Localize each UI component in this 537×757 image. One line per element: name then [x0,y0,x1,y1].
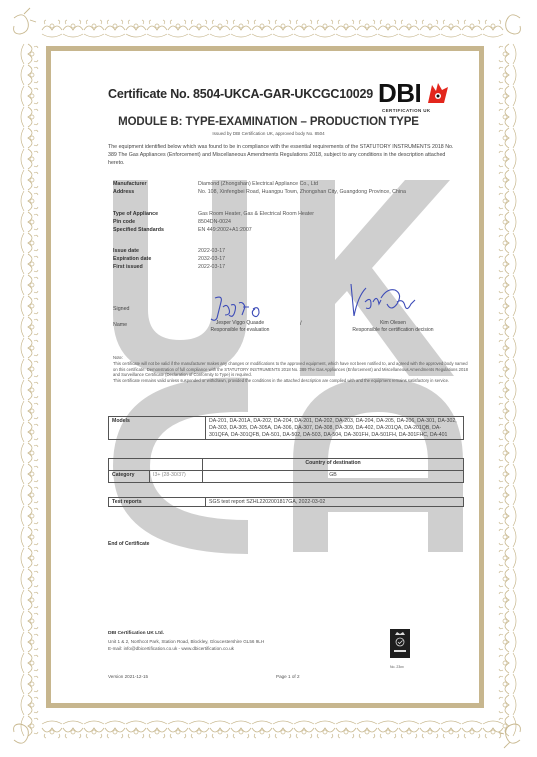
note-section: Note: This certificate will not be valid… [113,355,468,384]
table-row: Test reports SGS test report SZHL2202001… [109,498,464,507]
certificate-number: Certificate No. 8504-UKCA-GAR-UKCGC10029 [108,87,373,101]
field-value: 2022-03-17 [198,264,225,272]
footer-company: DBI Certification UK Ltd. [108,631,164,636]
field-label: Manufacturer [113,181,147,189]
table-row: Models DA-201, DA-201A, DA-202, DA-204, … [109,417,464,440]
dbi-logo: DBI CERTIFICATION UK [378,80,468,120]
field-label: Specified Standards [113,227,164,235]
field-value: Diamond (Zhongshan) Electrical Appliance… [198,181,318,189]
test-reports-label: Test reports [109,498,206,507]
category-value: I3+ (28-30/37) [150,471,203,483]
field-value: 2032-03-17 [198,256,225,264]
table-row: Country of destination [109,459,464,471]
field-label: Type of Appliance [113,211,158,219]
field-value: EN 449:2002+A1:2007 [198,227,252,235]
version-text: Version 2021-12-15 [108,674,148,679]
field-value: No. 108, Xinfengbei Road, Huangpu Town, … [198,189,406,197]
destination-header: Country of destination [203,459,464,471]
test-reports-table: Test reports SGS test report SZHL2202001… [108,497,464,507]
ukas-number: No. 23xx [390,665,404,669]
flame-logo-icon [426,81,450,105]
field-value: Gas Room Heater, Gas & Electrical Room H… [198,211,314,219]
note-line: This certificate remains valid unless su… [113,378,468,384]
issued-by: Issued by DBI Certification UK, approved… [0,131,537,136]
field-label: First issued [113,264,143,272]
country-value: GB [203,471,464,483]
intro-paragraph: The equipment identified below which was… [108,143,463,167]
logo-subtitle: CERTIFICATION UK [382,108,431,113]
field-value: 8504DN-0024 [198,219,231,227]
ukas-badge-icon [390,629,410,658]
signatory-evaluator: Jesper Viggo Quaade Responsible for eval… [180,320,300,334]
note-line: This certificate will not be valid if th… [113,361,468,378]
models-label: Models [109,417,206,440]
field-label: Issue date [113,248,139,256]
models-table: Models DA-201, DA-201A, DA-202, DA-204, … [108,416,464,440]
field-label: Pin code [113,219,135,227]
signatory-role: Responsible for certification decision [333,327,453,334]
field-label: Address [113,189,134,197]
crown-tick-icon [390,629,410,658]
end-of-certificate: End of Certificate [108,541,149,547]
empty-cell [109,459,203,471]
footer-contact: E-mail: info@dbicertification.co.uk - ww… [108,646,234,651]
module-title: MODULE B: TYPE-EXAMINATION – PRODUCTION … [0,116,537,128]
field-label: Expiration date [113,256,151,264]
models-value: DA-201, DA-201A, DA-202, DA-204, DA-201,… [206,417,464,440]
table-row: Category I3+ (28-30/37) GB [109,471,464,483]
destination-table: Country of destination Category I3+ (28-… [108,458,464,483]
footer-address: Unit 1 & 2, Northcot Park, Station Road,… [108,639,264,644]
signatory-name: Kim Olesen [333,320,453,327]
signatory-role: Responsible for evaluation [180,327,300,334]
name-label: Name [113,322,127,328]
test-reports-value: SGS test report SZHL2202001817GA, 2022-0… [206,498,464,507]
field-value: 2022-03-17 [198,248,225,256]
page-number: Page 1 of 2 [276,674,300,679]
signatory-name: Jesper Viggo Quaade [180,320,300,327]
signature-separator: / [300,321,302,327]
category-label: Category [109,471,150,483]
signature-decision [345,280,420,320]
signature-evaluator [205,293,265,323]
signed-label: Signed [113,306,130,312]
signatory-decision: Kim Olesen Responsible for certification… [333,320,453,334]
logo-brand: DBI [378,80,421,106]
